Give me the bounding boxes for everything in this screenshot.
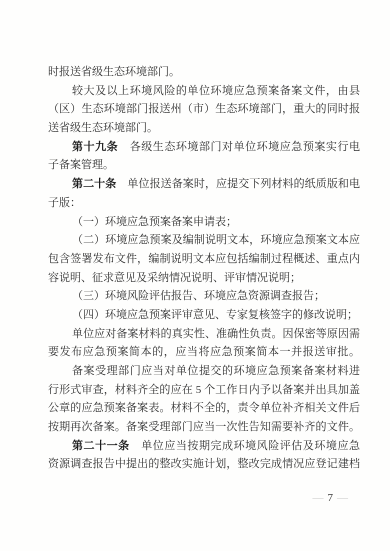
text-line: （一）环境应急预案备案申请表； xyxy=(48,213,360,232)
text-line: 送省级生态环境部门。 xyxy=(48,119,360,138)
text-line: （四）环境应急预案评审意见、专家复核签字的修改说明； xyxy=(48,306,360,325)
text-line: 要发布应急预案简本的，应当将应急预案简本一并报送审批。 xyxy=(48,343,360,362)
text-line: （区）生态环境部门报送州（市）生态环境部门，重大的同时报 xyxy=(48,100,360,119)
text-line: 第二十条 单位报送备案时，应提交下列材料的纸质版和电 xyxy=(48,175,360,194)
text-line: 包含签署发布文件，编制说明文本应包括编制过程概述、重点内 xyxy=(48,250,360,269)
page-number-dash-left: — xyxy=(313,492,325,504)
text-line: 按期再次备案。备案受理部门应当一次性告知需要补齐的文件。 xyxy=(48,418,360,437)
text-line: 行形式审查，材料齐全的应在 5 个工作日内予以备案并出具加盖 xyxy=(48,381,360,400)
document-body: 时报送省级生态环境部门。较大及以上环境风险的单位环境应急预案备案文件，由县（区）… xyxy=(48,63,360,474)
text-line: 时报送省级生态环境部门。 xyxy=(48,63,360,82)
text-line: 较大及以上环境风险的单位环境应急预案备案文件，由县 xyxy=(48,82,360,101)
article-number: 第二十条 xyxy=(72,178,116,190)
document-page: 时报送省级生态环境部门。较大及以上环境风险的单位环境应急预案备案文件，由县（区）… xyxy=(0,0,390,551)
text-line: 子备案管理。 xyxy=(48,156,360,175)
text-line: 单位应对备案材料的真实性、准确性负责。因保密等原因需 xyxy=(48,325,360,344)
text-line: 资源调查报告中提出的整改实施计划，整改完成情况应登记建档 xyxy=(48,455,360,474)
text-line: 容说明、征求意见及采纳情况说明、评审情况说明； xyxy=(48,269,360,288)
page-number-dash-right: — xyxy=(337,492,349,504)
article-number: 第二十一条 xyxy=(72,440,130,452)
page-number: —7— xyxy=(313,491,350,505)
text-line: 公章的应急预案备案表。材料不全的，责令单位补齐相关文件后 xyxy=(48,399,360,418)
text-line: 第十九条 各级生态环境部门对单位环境应急预案实行电 xyxy=(48,138,360,157)
text-line: （二）环境应急预案及编制说明文本，环境应急预案文本应 xyxy=(48,231,360,250)
text-line: （三）环境风险评估报告、环境应急资源调查报告； xyxy=(48,287,360,306)
text-line: 子版： xyxy=(48,194,360,213)
text-line: 第二十一条 单位应当按期完成环境风险评估及环境应急 xyxy=(48,437,360,456)
text-line: 备案受理部门应当对单位提交的环境应急预案备案材料进 xyxy=(48,362,360,381)
article-number: 第十九条 xyxy=(72,141,118,153)
page-number-value: 7 xyxy=(325,492,338,504)
